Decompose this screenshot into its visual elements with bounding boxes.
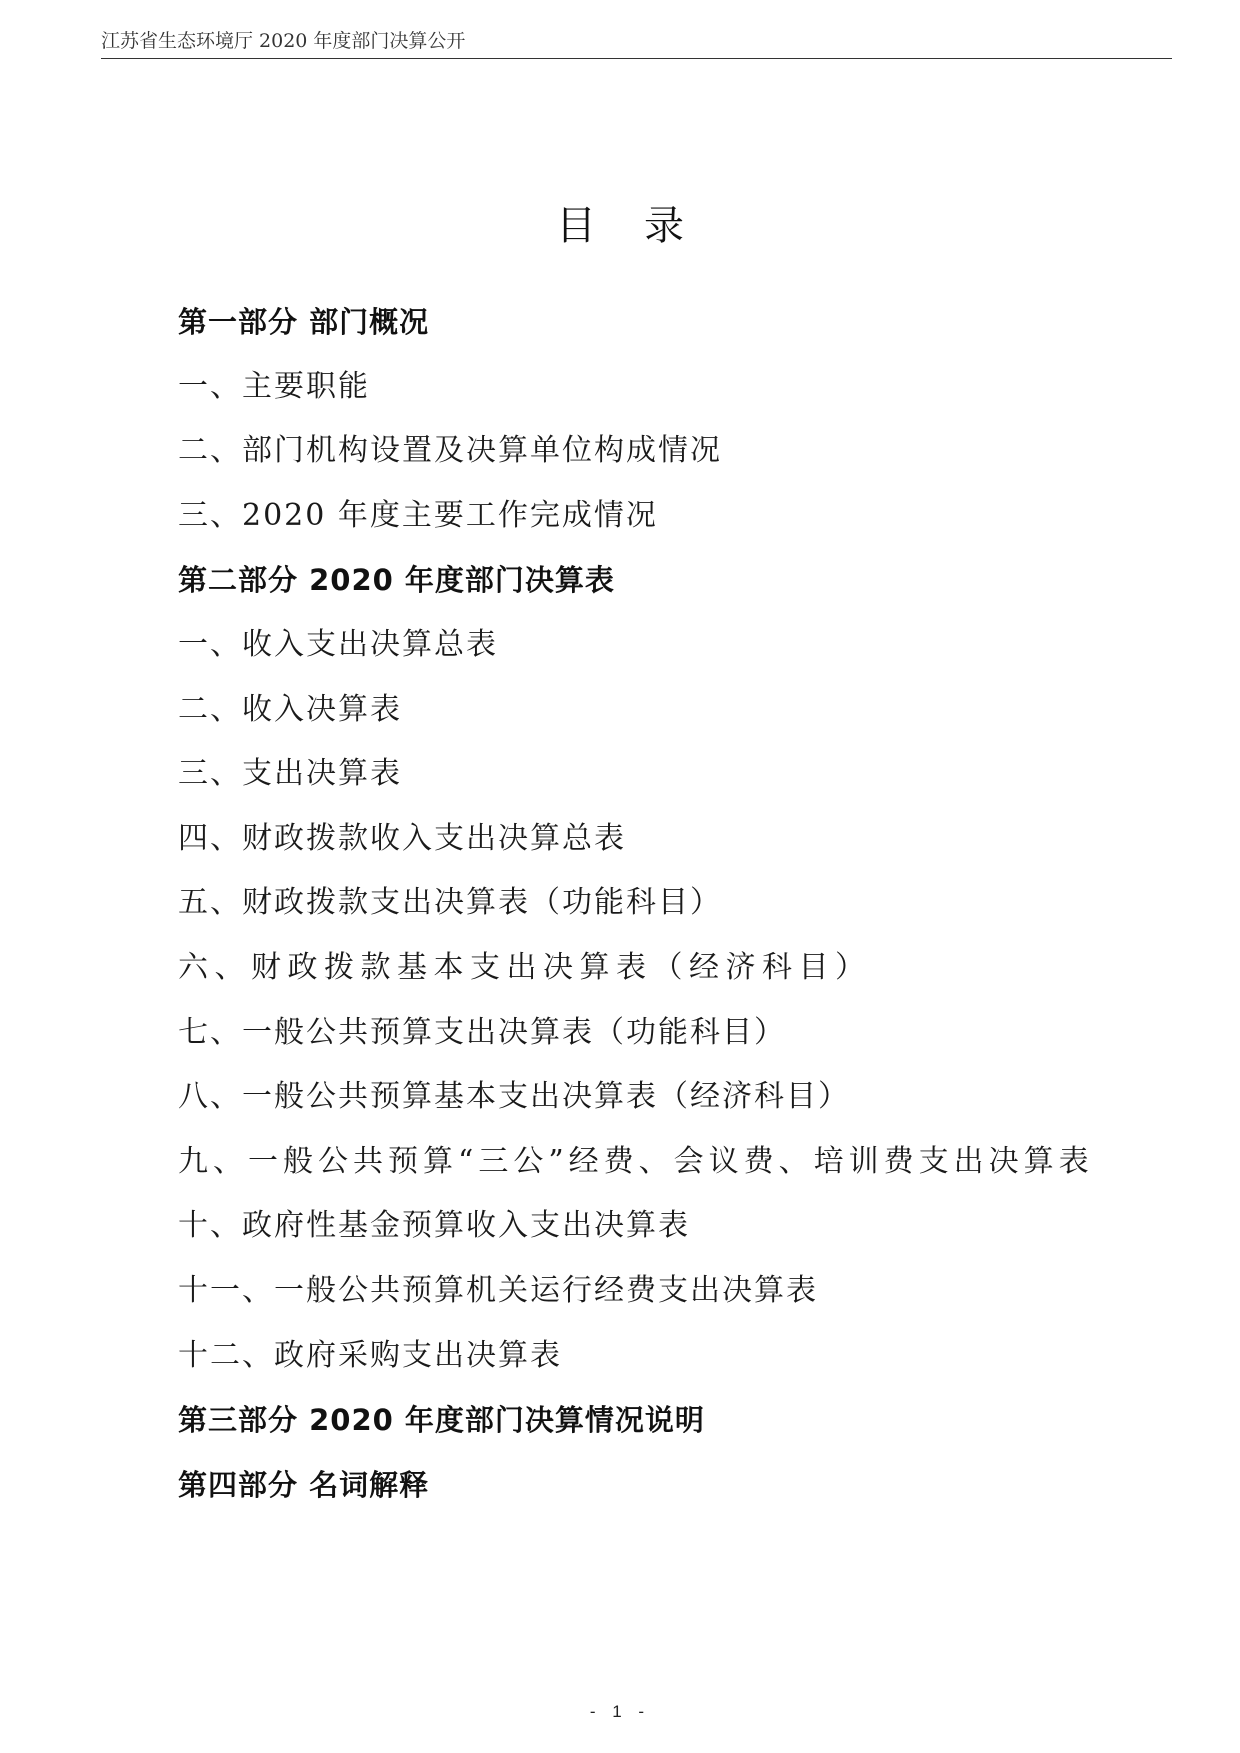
toc-item[interactable]: 九、一般公共预算“三公”经费、会议费、培训费支出决算表: [178, 1138, 1178, 1203]
toc-item[interactable]: 十一、一般公共预算机关运行经费支出决算表: [178, 1267, 1178, 1332]
toc-item[interactable]: 一、收入支出决算总表: [178, 621, 1178, 686]
page-title: 目录: [0, 198, 1240, 254]
toc-item[interactable]: 一、主要职能: [178, 363, 1178, 428]
toc-part-3[interactable]: 第三部分 2020 年度部门决算情况说明: [178, 1396, 1178, 1461]
toc-part-2[interactable]: 第二部分 2020 年度部门决算表: [178, 556, 1178, 621]
toc-item[interactable]: 三、2020 年度主要工作完成情况: [178, 492, 1178, 557]
toc-item[interactable]: 五、财政拨款支出决算表（功能科目）: [178, 879, 1178, 944]
toc-item[interactable]: 六、财政拨款基本支出决算表（经济科目）: [178, 944, 1178, 1009]
toc-part-1[interactable]: 第一部分 部门概况: [178, 298, 1178, 363]
toc-item[interactable]: 四、财政拨款收入支出决算总表: [178, 815, 1178, 880]
toc-item[interactable]: 三、支出决算表: [178, 750, 1178, 815]
toc-item[interactable]: 二、收入决算表: [178, 686, 1178, 751]
toc-item[interactable]: 二、部门机构设置及决算单位构成情况: [178, 427, 1178, 492]
table-of-contents: 第一部分 部门概况 一、主要职能 二、部门机构设置及决算单位构成情况 三、202…: [178, 298, 1178, 1525]
toc-item[interactable]: 七、一般公共预算支出决算表（功能科目）: [178, 1009, 1178, 1074]
toc-item[interactable]: 十二、政府采购支出决算表: [178, 1332, 1178, 1397]
header-divider: [101, 58, 1172, 59]
toc-part-4[interactable]: 第四部分 名词解释: [178, 1461, 1178, 1526]
running-header: 江苏省生态环境厅 2020 年度部门决算公开: [101, 26, 465, 53]
toc-item[interactable]: 十、政府性基金预算收入支出决算表: [178, 1202, 1178, 1267]
toc-item[interactable]: 八、一般公共预算基本支出决算表（经济科目）: [178, 1073, 1178, 1138]
page-number: - 1 -: [0, 1702, 1240, 1722]
